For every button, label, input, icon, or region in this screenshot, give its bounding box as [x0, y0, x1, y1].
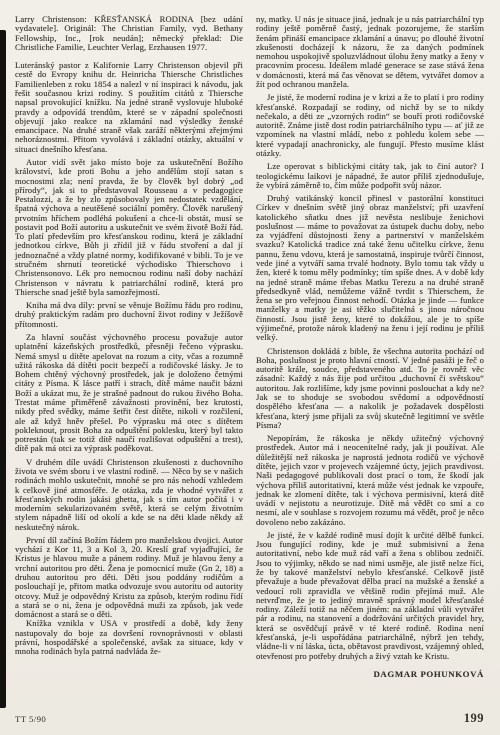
paragraph: Luteránský pastor z Kalifornie Larry Chr…	[15, 61, 243, 154]
paragraph: Nepopírám, že rákoska je někdy užitečný …	[256, 434, 484, 527]
left-column: Larry Christenson: KŘESŤANSKÁ RODINA [be…	[15, 15, 243, 679]
right-column: ny, matky. U nás je situace jiná, jednak…	[256, 15, 484, 679]
page-number: 199	[464, 711, 484, 726]
author-signature: DAGMAR POHUNKOVÁ	[256, 670, 484, 680]
paragraph-continuation: ny, matky. U nás je situace jiná, jednak…	[256, 15, 484, 89]
paragraph: Je jisté, že v každé rodině musí dojít k…	[256, 531, 484, 661]
scanned-journal-page: Larry Christenson: KŘESŤANSKÁ RODINA [be…	[0, 0, 500, 735]
paragraph: Druhý vatikánský koncil přinesl v pastor…	[256, 194, 484, 343]
two-column-layout: Larry Christenson: KŘESŤANSKÁ RODINA [be…	[15, 15, 484, 679]
page-content: Larry Christenson: KŘESŤANSKÁ RODINA [be…	[15, 15, 484, 679]
paragraph: Kniha má dva díly: první se věnuje Božím…	[15, 301, 243, 329]
page-footer: TT 5/90 199	[15, 711, 484, 726]
paragraph: V druhém díle uvádí Christenson zkušenos…	[15, 458, 243, 532]
scan-edge-artifact-bar	[0, 30, 6, 708]
paragraph: Christenson dokládá z bible, že všechna …	[256, 347, 484, 431]
paragraph: Je jisté, že moderní rodina je v krizi a…	[256, 93, 484, 158]
paragraph: První díl začíná Božím řádem pro manžels…	[15, 536, 243, 620]
paragraph: Lze operovat s biblickými citáty tak, ja…	[256, 162, 484, 190]
paragraph: Za hlavní součást výchovného procesu pov…	[15, 333, 243, 454]
paragraph: Knížka vznikla v USA v prostředí a době,…	[15, 619, 243, 656]
book-citation-header: Larry Christenson: KŘESŤANSKÁ RODINA [be…	[15, 15, 243, 52]
journal-issue-label: TT 5/90	[15, 714, 46, 724]
paragraph: Autor vidí svět jako místo boje za uskut…	[15, 158, 243, 297]
